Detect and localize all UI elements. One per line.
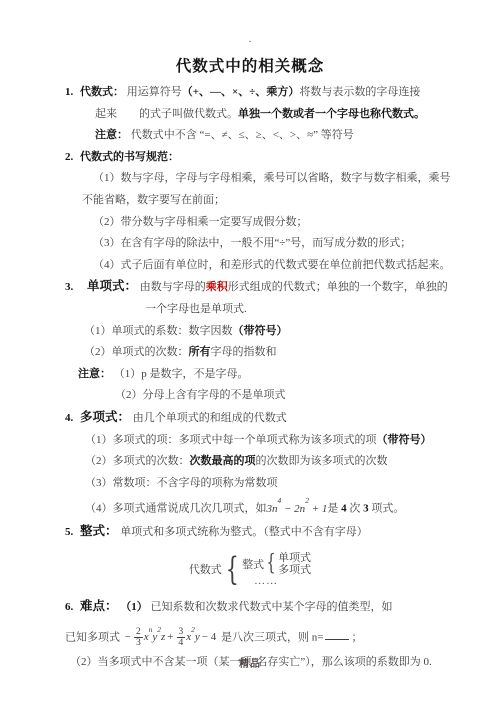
section3-item1: （1）单项式的系数：数字因数（带符号） [84,321,500,343]
section4-item2: （2）多项式的次数：次数最高的项的次数即为该多项式的次数 [85,451,500,473]
polynomial-difficulty-formula: −23xny2z+34x2y− 4 [123,631,219,643]
inner-brace-icon: { [267,553,276,575]
section1-number: 1. [65,86,73,98]
section2-item4: （4）式子后面有单位时，和差形式的代数式要在单位前把代数式括起来。 [93,255,500,277]
section6-heading: 难点： [80,599,118,613]
item-text: （3）在含有字母的除法中，一般不用“÷”号，而写成分数的形式； [93,237,411,249]
item-bold: （带符号） [233,325,288,337]
section2-number: 2. [65,151,73,163]
section6-number: 6. [65,601,73,613]
section3-red-term: 乘积 [206,281,228,293]
section1-text: 用运算符号 [127,86,182,98]
item-text: 已知多项式 [65,631,120,643]
section2-heading-line: 2. 代数式的书写规范： [65,147,500,169]
item-text2: 字母的指数和 [211,346,277,358]
variable-z: z [161,631,165,643]
formula-term: − 2n [281,503,305,515]
item-text: （2）多项式的次数： [85,455,190,467]
fraction-denominator: 3 [134,638,143,648]
note-text: （2）分母上含有字母的不是单项式 [115,389,286,401]
section4-number: 4. [65,412,73,424]
exponent-n: n [149,625,153,634]
page-title: 代数式中的相关概念 [0,54,500,76]
variable-y: y [195,631,200,643]
diagram-ellipsis: …… [254,576,278,586]
section1-line1: 1. 代数式： 用运算符号（+、—、×、÷、乘方）将数与表示数的字母连接 [65,82,500,104]
section3-line2: 一个字母也是单项式. [145,299,500,321]
note-label: 注意： [78,368,111,380]
item-text: 一个字母也是单项式. [145,303,247,315]
section4-item4: （4）多项式通常说成几次几项式，如3n4 − 2n2 + 1是 4 次 3 项式… [85,494,500,520]
diagram-branch-row: 整式 { 单项式 多项式 [242,552,311,576]
item-bold: （带符号） [377,434,432,446]
item-text: （1）多项式的项：多项式中每一个单项式称为该多项式的项 [85,434,377,446]
section2-item2: （2）带分数与字母相乘一定要写成假分数； [93,212,500,234]
fraction-denominator: 4 [177,638,186,648]
item-text: （1）数与字母，字母与字母相乘，乘号可以省略，数字与数字相乘，乘号 [93,172,451,184]
note-text: 代数式中不含 “=、≠、≤、≥、<、>、≈” 等符号 [131,129,354,141]
section3-note1: 注意： （1）p 是数字，不是字母。 [78,364,500,386]
formula-term: + 1 [309,503,327,515]
section5-text: 单项式和多项式统称为整式。（整式中不含有字母） [120,526,368,538]
item-text: （4）多项式通常说成几次几项式，如 [85,503,267,515]
fraction-numerator: 2 [134,627,143,638]
section2-heading: 代数式的书写规范： [80,151,179,163]
section5-heading-line: 5. 整式： 单项式和多项式统称为整式。（整式中不含有字母） [65,521,500,544]
section3-item2: （2）单项式的次数：所有字母的指数和 [84,342,500,364]
section3-heading-line: 3. 单项式： 由数与字母的乘积形式组成的代数式；单独的一个数字，单独的 [65,276,500,299]
item-text2: 是八次三项式，则 n= [221,631,323,643]
section4-heading: 多项式： [80,410,130,424]
document-page: . 代数式中的相关概念 1. 代数式： 用运算符号（+、—、×、÷、乘方）将数与… [0,0,500,708]
section3-text2: 形式组成的代数式；单独的一个数字，单独的 [228,281,448,293]
item-text: （2）带分数与字母相乘一定要写成假分数； [93,216,308,228]
diagram-leaf2-label: 多项式 [278,564,311,576]
item-text: （1）单项式的系数：数字因数 [84,325,233,337]
minus-sign: − [125,631,131,643]
item-bold: 次数最高的项 [190,455,256,467]
page-corner-dot: . [0,34,500,44]
section4-item3: （3）常数项：不含字母的项称为常数项 [85,473,500,495]
item-text: （4）式子后面有单位时，和差形式的代数式要在单位前把代数式括起来。 [93,259,451,271]
diagram-leaf1-label: 单项式 [278,552,311,564]
plus-sign: + [167,631,173,643]
section5-heading: 整式： [80,524,118,538]
degree-number: 4 [341,503,347,515]
classification-diagram: 代数式 { 整式 { 单项式 多项式 …… [0,546,500,592]
section1-note: 注意： 代数式中不含 “=、≠、≤、≥、<、>、≈” 等符号 [95,125,500,147]
note-text: （1）p 是数字，不是字母。 [114,368,249,380]
section1-heading: 代数式： [80,86,124,98]
item-text2: 的次数即为该多项式的次数 [256,455,388,467]
section6-formula-line: 已知多项式 −23xny2z+34x2y− 4 是八次三项式，则 n=； [65,619,500,653]
item-text2: 是 [327,503,338,515]
section3-heading: 单项式： [87,279,137,293]
constant-term: − 4 [202,631,216,643]
polynomial-example-formula: 3n4 − 2n2 + 1 [267,503,328,515]
section2-item1-cont: 不能省略，数字要写在前面； [82,190,500,212]
variable-x: x [144,631,149,643]
note-label: 注意： [95,129,128,141]
section3-note2: （2）分母上含有字母的不是单项式 [115,385,500,407]
item-text: 不能省略，数字要写在前面； [82,194,225,206]
section1-bold-rule: 单独一个数或者一个字母也称代数式。 [238,108,425,120]
fraction-three-quarters: 34 [177,627,186,649]
item-bold: 所有 [189,346,211,358]
section4-heading-line: 4. 多项式： 由几个单项式的和组成的代数式 [65,407,500,430]
section6-sub1: （1） [120,601,148,613]
section2-item1: （1）数与字母，字母与字母相乘，乘号可以省略，数字与数字相乘，乘号 [93,168,500,190]
formula-term: 3n [267,503,278,515]
item-text: （3）常数项：不含字母的项称为常数项 [85,477,278,489]
section3-number: 3. [65,281,73,293]
exponent-2: 2 [157,625,161,634]
section3-text: 由数与字母的 [140,281,206,293]
answer-blank [325,629,349,640]
diagram-root-label: 代数式 [189,561,222,577]
section1-text2: 将数与表示数的字母连接 [299,86,420,98]
fraction-numerator: 3 [177,627,186,638]
section1-text3: 起来 的式子叫做代数式。 [95,108,238,120]
section2-item3: （3）在含有字母的除法中，一般不用“÷”号，而写成分数的形式； [93,233,500,255]
terms-number: 3 [363,503,369,515]
diagram-branch-label: 整式 [242,556,264,572]
document-body: 1. 代数式： 用运算符号（+、—、×、÷、乘方）将数与表示数的字母连接 起来 … [0,82,500,674]
exponent-2: 2 [191,625,195,634]
section4-text: 由几个单项式的和组成的代数式 [133,412,287,424]
section4-item1: （1）多项式的项：多项式中每一个单项式称为该多项式的项（带符号） [85,430,500,452]
diagram-leaf-column: 单项式 多项式 [278,552,311,576]
item-text4: 项式。 [371,503,404,515]
section1-line2: 起来 的式子叫做代数式。单独一个数或者一个字母也称代数式。 [95,104,500,126]
item-text3: 次 [349,503,360,515]
outer-brace-icon: { [225,553,238,585]
fraction-two-thirds: 23 [134,627,143,649]
formula-exponent: 4 [278,496,282,505]
section1-operators: （+、—、×、÷、乘方） [182,86,300,98]
section6-text: 已知系数和次数求代数式中某个字母的值类型，如 [151,601,393,613]
item-text3: ； [351,631,362,643]
diagram-outer-column: 整式 { 单项式 多项式 …… [242,552,311,586]
item-text: （2）单项式的次数： [84,346,189,358]
section5-number: 5. [65,526,73,538]
section6-heading-line: 6. 难点： （1） 已知系数和次数求代数式中某个字母的值类型，如 [65,596,500,619]
formula-exponent: 2 [305,496,309,505]
footer-watermark: 精品 [0,655,500,670]
